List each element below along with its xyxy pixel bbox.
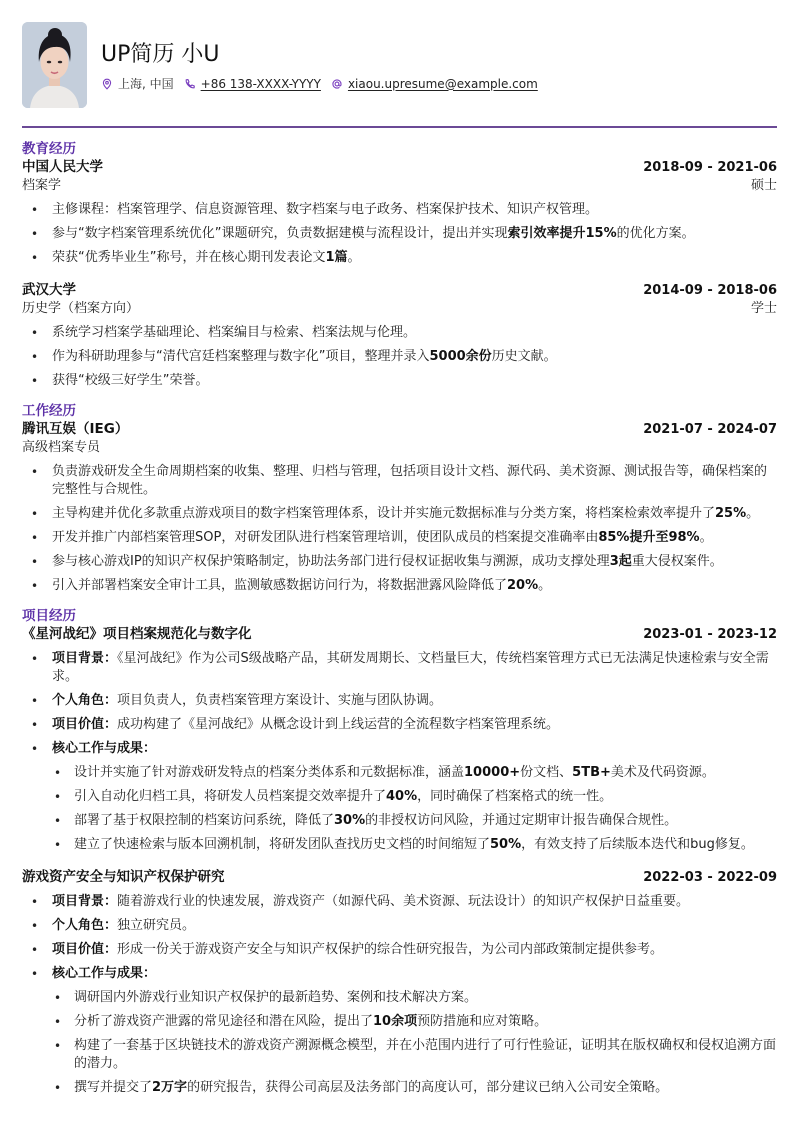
highlight-text: 索引效率提升15% xyxy=(507,226,616,241)
projects-section: 项目经历 《星河战纪》项目档案规范化与数字化 2023-01 - 2023-12… xyxy=(22,607,777,1097)
result-item: 分析了游戏资产泄露的常见途径和潜在风险，提出了10余项预防措施和应对策略。 xyxy=(22,1013,777,1031)
results-list: 设计并实施了针对游戏研发特点的档案分类体系和元数据标准，涵盖10000+份文档、… xyxy=(22,764,777,854)
avatar xyxy=(22,22,87,108)
at-sign-icon xyxy=(331,78,343,90)
project-detail-item: 核心工作与成果： xyxy=(22,965,777,983)
detail-label: 项目背景： xyxy=(52,651,117,666)
project-detail-item: 个人角色：项目负责人，负责档案管理方案设计、实施与团队协调。 xyxy=(22,692,777,710)
bullet-item: 参与“数字档案管理系统优化”课题研究，负责数据建模与流程设计，提出并实现索引效率… xyxy=(22,225,777,243)
date-range: 2021-07 - 2024-07 xyxy=(643,421,777,439)
highlight-text: 3起 xyxy=(610,554,632,569)
detail-label: 个人角色： xyxy=(52,918,117,933)
result-item: 引入自动化归档工具，将研发人员档案提交效率提升了40%，同时确保了档案格式的统一… xyxy=(22,788,777,806)
school-name: 武汉大学 xyxy=(22,281,76,299)
result-item: 调研国内外游戏行业知识产权保护的最新趋势、案例和技术解决方案。 xyxy=(22,989,777,1007)
header-divider xyxy=(22,126,777,128)
highlight-text: 50% xyxy=(490,837,521,852)
highlight-text: 10余项 xyxy=(373,1014,417,1029)
major: 档案学 xyxy=(22,177,61,195)
section-title-projects: 项目经历 xyxy=(22,607,777,625)
highlight-text: 30% xyxy=(334,813,365,828)
result-item: 建立了快速检索与版本回溯机制，将研发团队查找历史文档的时间缩短了50%，有效支持… xyxy=(22,836,777,854)
bullet-item: 引入并部署档案安全审计工具，监测敏感数据访问行为，将数据泄露风险降低了20%。 xyxy=(22,577,777,595)
contact-location: 上海, 中国 xyxy=(101,75,174,93)
contact-list: 上海, 中国 +86 138-XXXX-YYYY xiaou.upresume@… xyxy=(101,75,548,93)
project-detail-item: 核心工作与成果： xyxy=(22,740,777,758)
education-entry: 武汉大学 2014-09 - 2018-06 历史学（档案方向） 学士 系统学习… xyxy=(22,281,777,390)
bullet-list: 系统学习档案学基础理论、档案编目与检索、档案法规与伦理。作为科研助理参与“清代宫… xyxy=(22,324,777,390)
project-detail-item: 项目价值：形成一份关于游戏资产安全与知识产权保护的综合性研究报告，为公司内部政策… xyxy=(22,941,777,959)
school-name: 中国人民大学 xyxy=(22,158,103,176)
email-link[interactable]: xiaou.upresume@example.com xyxy=(348,75,538,93)
bullet-item: 参与核心游戏IP的知识产权保护策略制定，协助法务部门进行侵权证据收集与溯源，成功… xyxy=(22,553,777,571)
section-title-education: 教育经历 xyxy=(22,140,777,158)
highlight-text: 2万字 xyxy=(152,1080,187,1095)
project-detail-item: 项目背景：《星河战纪》作为公司S级战略产品，其研发周期长、文档量巨大，传统档案管… xyxy=(22,650,777,686)
date-range: 2023-01 - 2023-12 xyxy=(643,626,777,644)
project-details: 项目背景：《星河战纪》作为公司S级战略产品，其研发周期长、文档量巨大，传统档案管… xyxy=(22,650,777,854)
bullet-item: 开发并推广内部档案管理SOP，对研发团队进行档案管理培训，使团队成员的档案提交准… xyxy=(22,529,777,547)
major: 历史学（档案方向） xyxy=(22,300,139,318)
contact-email: xiaou.upresume@example.com xyxy=(331,75,538,93)
detail-label: 项目背景： xyxy=(52,894,117,909)
highlight-text: 25% xyxy=(715,506,746,521)
bullet-list: 负责游戏研发全生命周期档案的收集、整理、归档与管理，包括项目设计文档、源代码、美… xyxy=(22,463,777,595)
result-item: 撰写并提交了2万字的研究报告，获得公司高层及法务部门的高度认可，部分建议已纳入公… xyxy=(22,1079,777,1097)
company-name: 腾讯互娱（IEG） xyxy=(22,420,128,438)
candidate-name: UP简历 小U xyxy=(101,40,548,70)
degree: 学士 xyxy=(751,300,777,318)
education-entry: 中国人民大学 2018-09 - 2021-06 档案学 硕士 主修课程：档案管… xyxy=(22,158,777,267)
work-entry: 腾讯互娱（IEG） 2021-07 - 2024-07 高级档案专员 负责游戏研… xyxy=(22,420,777,595)
job-role: 高级档案专员 xyxy=(22,439,100,457)
project-entry: 《星河战纪》项目档案规范化与数字化 2023-01 - 2023-12 项目背景… xyxy=(22,625,777,854)
bullet-item: 主导构建并优化多款重点游戏项目的数字档案管理体系，设计并实施元数据标准与分类方案… xyxy=(22,505,777,523)
result-item: 设计并实施了针对游戏研发特点的档案分类体系和元数据标准，涵盖10000+份文档、… xyxy=(22,764,777,782)
bullet-item: 获得“校级三好学生”荣誉。 xyxy=(22,372,777,390)
project-details: 项目背景：随着游戏行业的快速发展，游戏资产（如源代码、美术资源、玩法设计）的知识… xyxy=(22,893,777,1097)
phone-link[interactable]: +86 138-XXXX-YYYY xyxy=(201,75,321,93)
project-entry: 游戏资产安全与知识产权保护研究 2022-03 - 2022-09 项目背景：随… xyxy=(22,868,777,1097)
highlight-text: 1篇 xyxy=(325,250,347,265)
results-list: 调研国内外游戏行业知识产权保护的最新趋势、案例和技术解决方案。分析了游戏资产泄露… xyxy=(22,989,777,1097)
bullet-item: 作为科研助理参与“清代宫廷档案整理与数字化”项目，整理并录入5000余份历史文献… xyxy=(22,348,777,366)
location-pin-icon xyxy=(101,78,113,90)
bullet-item: 负责游戏研发全生命周期档案的收集、整理、归档与管理，包括项目设计文档、源代码、美… xyxy=(22,463,777,499)
highlight-text: 20% xyxy=(507,578,538,593)
highlight-text: 85%提升至98% xyxy=(598,530,699,545)
date-range: 2014-09 - 2018-06 xyxy=(643,282,777,300)
section-title-work: 工作经历 xyxy=(22,402,777,420)
highlight-text: 10000+ xyxy=(464,765,520,780)
degree: 硕士 xyxy=(751,177,777,195)
education-section: 教育经历 中国人民大学 2018-09 - 2021-06 档案学 硕士 主修课… xyxy=(22,140,777,390)
detail-label: 核心工作与成果： xyxy=(52,741,156,756)
project-detail-item: 项目价值：成功构建了《星河战纪》从概念设计到上线运营的全流程数字档案管理系统。 xyxy=(22,716,777,734)
bullet-item: 系统学习档案学基础理论、档案编目与检索、档案法规与伦理。 xyxy=(22,324,777,342)
highlight-text: 5TB+ xyxy=(572,765,611,780)
detail-label: 项目价值： xyxy=(52,717,117,732)
detail-label: 项目价值： xyxy=(52,942,117,957)
result-item: 部署了基于权限控制的档案访问系统，降低了30%的非授权访问风险，并通过定期审计报… xyxy=(22,812,777,830)
portrait-photo-icon xyxy=(22,22,87,108)
project-name: 游戏资产安全与知识产权保护研究 xyxy=(22,868,225,886)
project-name: 《星河战纪》项目档案规范化与数字化 xyxy=(22,625,252,643)
bullet-list: 主修课程：档案管理学、信息资源管理、数字档案与电子政务、档案保护技术、知识产权管… xyxy=(22,201,777,267)
highlight-text: 40% xyxy=(386,789,417,804)
detail-label: 个人角色： xyxy=(52,693,117,708)
highlight-text: 5000余份 xyxy=(429,349,491,364)
header-info: UP简历 小U 上海, 中国 +86 138-XXXX-YYYY xyxy=(101,38,548,93)
location-text: 上海, 中国 xyxy=(118,75,174,93)
date-range: 2018-09 - 2021-06 xyxy=(643,159,777,177)
result-item: 构建了一套基于区块链技术的游戏资产溯源概念模型，并在小范围内进行了可行性验证，证… xyxy=(22,1037,777,1073)
resume-header: UP简历 小U 上海, 中国 +86 138-XXXX-YYYY xyxy=(22,22,777,108)
bullet-item: 主修课程：档案管理学、信息资源管理、数字档案与电子政务、档案保护技术、知识产权管… xyxy=(22,201,777,219)
resume-page: UP简历 小U 上海, 中国 +86 138-XXXX-YYYY xyxy=(0,0,799,1097)
work-section: 工作经历 腾讯互娱（IEG） 2021-07 - 2024-07 高级档案专员 … xyxy=(22,402,777,595)
project-detail-item: 个人角色：独立研究员。 xyxy=(22,917,777,935)
detail-label: 核心工作与成果： xyxy=(52,966,156,981)
date-range: 2022-03 - 2022-09 xyxy=(643,869,777,887)
contact-phone: +86 138-XXXX-YYYY xyxy=(184,75,321,93)
bullet-item: 荣获“优秀毕业生”称号，并在核心期刊发表论文1篇。 xyxy=(22,249,777,267)
project-detail-item: 项目背景：随着游戏行业的快速发展，游戏资产（如源代码、美术资源、玩法设计）的知识… xyxy=(22,893,777,911)
phone-icon xyxy=(184,78,196,90)
